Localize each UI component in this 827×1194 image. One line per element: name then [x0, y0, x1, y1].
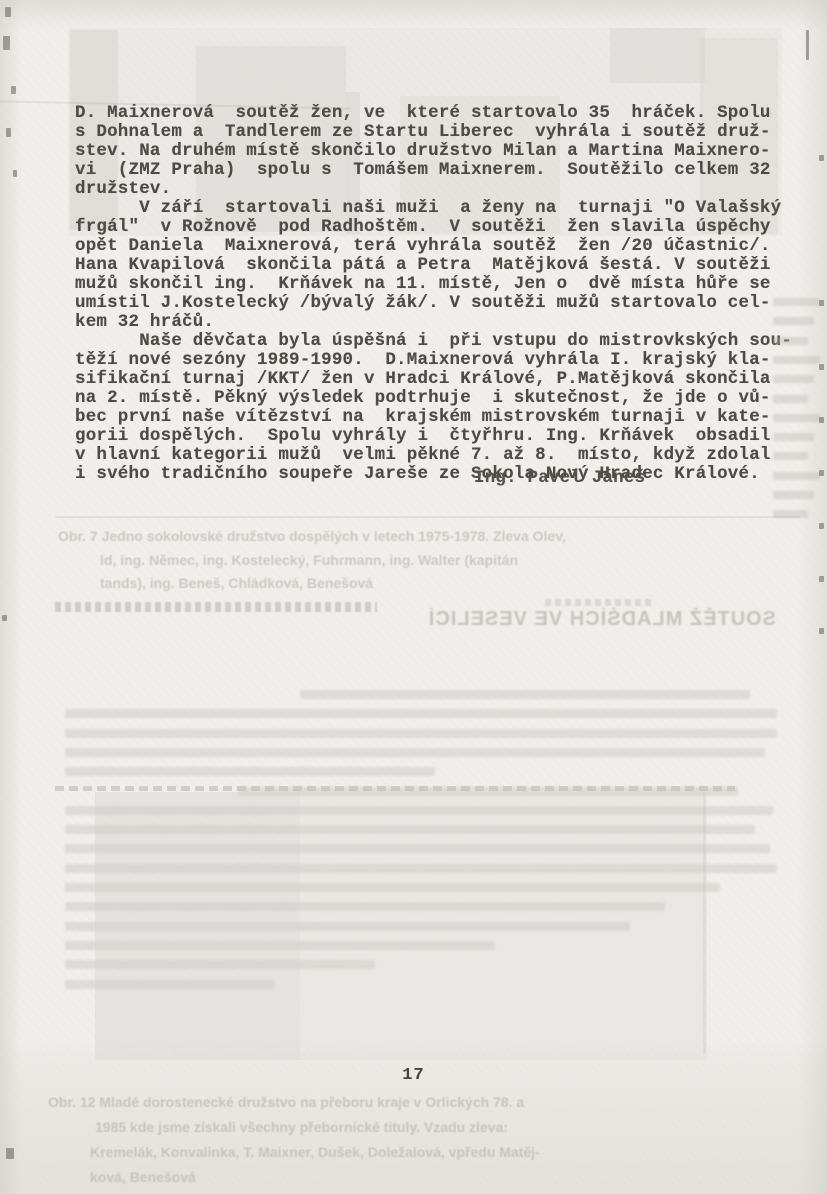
scan-speck	[819, 576, 824, 582]
bleedthrough-text-row	[65, 729, 777, 738]
bleedthrough-column-row	[773, 414, 820, 422]
scan-speck	[6, 128, 11, 137]
scan-speck	[819, 523, 824, 529]
bleedthrough-text-row	[65, 864, 777, 873]
bleedthrough-column-row	[773, 298, 820, 306]
bleedthrough-text-row	[65, 980, 275, 989]
scan-speck	[6, 1148, 14, 1159]
bleedthrough-column-row	[773, 375, 814, 383]
author-signature: Ing. Pavel Jáneš	[474, 468, 645, 488]
scan-speck	[819, 364, 824, 370]
bleedthrough-text-row	[65, 825, 755, 834]
bleedthrough-text-row	[65, 902, 665, 911]
bleedthrough-column-row	[773, 472, 820, 480]
bleedthrough-column-row	[773, 356, 820, 364]
scan-speck	[806, 30, 809, 60]
page-number: 17	[0, 1066, 827, 1085]
bleedthrough-column-row	[773, 337, 808, 345]
bleedthrough-text-row	[65, 844, 770, 853]
bleedthrough-rule	[55, 786, 735, 791]
faint-caption-line: ld, ing. Němec, ing. Kostelecký, Fuhrman…	[100, 552, 665, 568]
paper-streak	[55, 516, 800, 518]
bleedthrough-text-row	[65, 960, 375, 969]
bleedthrough-text-row	[65, 941, 495, 950]
scanned-document-page: D. Maixnerová soutěž žen, ve které start…	[0, 0, 827, 1194]
faint-caption-line: Obr. 12 Mladé dorostenecké družstvo na p…	[48, 1094, 673, 1110]
bleedthrough-strip	[545, 599, 653, 606]
bleedthrough-text-row	[300, 690, 750, 699]
scan-speck	[819, 470, 824, 476]
scan-speck	[3, 36, 10, 50]
bleedthrough-column-row	[773, 452, 808, 460]
article-body-text: D. Maixnerová soutěž žen, ve které start…	[75, 104, 805, 484]
bleedthrough-column-row	[773, 395, 808, 403]
scan-speck	[819, 628, 824, 634]
bleedthrough-text-row	[65, 767, 435, 776]
bleedthrough-column-row	[773, 433, 814, 441]
scan-speck	[13, 170, 17, 177]
scan-speck	[819, 300, 824, 306]
scan-speck	[819, 155, 824, 161]
bleedthrough-text-row	[65, 709, 777, 718]
bleedthrough-column-row	[773, 491, 814, 499]
bleedthrough-text-row	[65, 922, 630, 931]
bleedthrough-patch	[610, 28, 705, 83]
bleedthrough-text-row	[65, 806, 773, 815]
bleedthrough-section-headline: SOUTĚŽ MLADŠÍCH VE VESELICÍCH	[428, 608, 776, 638]
faint-caption-line: tands), ing. Beneš, Chládková, Benešová	[100, 575, 472, 591]
bleedthrough-text-row	[65, 883, 720, 892]
bleedthrough-strip	[55, 602, 377, 612]
faint-caption-line: Obr. 7 Jedno sokolovské družstvo dospělý…	[58, 528, 753, 544]
scan-speck	[5, 7, 11, 17]
bleedthrough-text-row	[65, 748, 765, 757]
scan-speck	[2, 615, 7, 621]
scan-speck	[11, 86, 16, 94]
bleedthrough-column-row	[773, 317, 814, 325]
faint-caption-line: Kremelák, Konvalinka, T. Maixner, Dušek,…	[90, 1144, 670, 1160]
scan-speck	[819, 417, 824, 423]
faint-caption-line: 1985 kde jsme získali všechny přebornick…	[95, 1119, 645, 1135]
bleedthrough-column-row	[773, 510, 808, 518]
faint-caption-line: ková, Benešová	[90, 1169, 265, 1185]
